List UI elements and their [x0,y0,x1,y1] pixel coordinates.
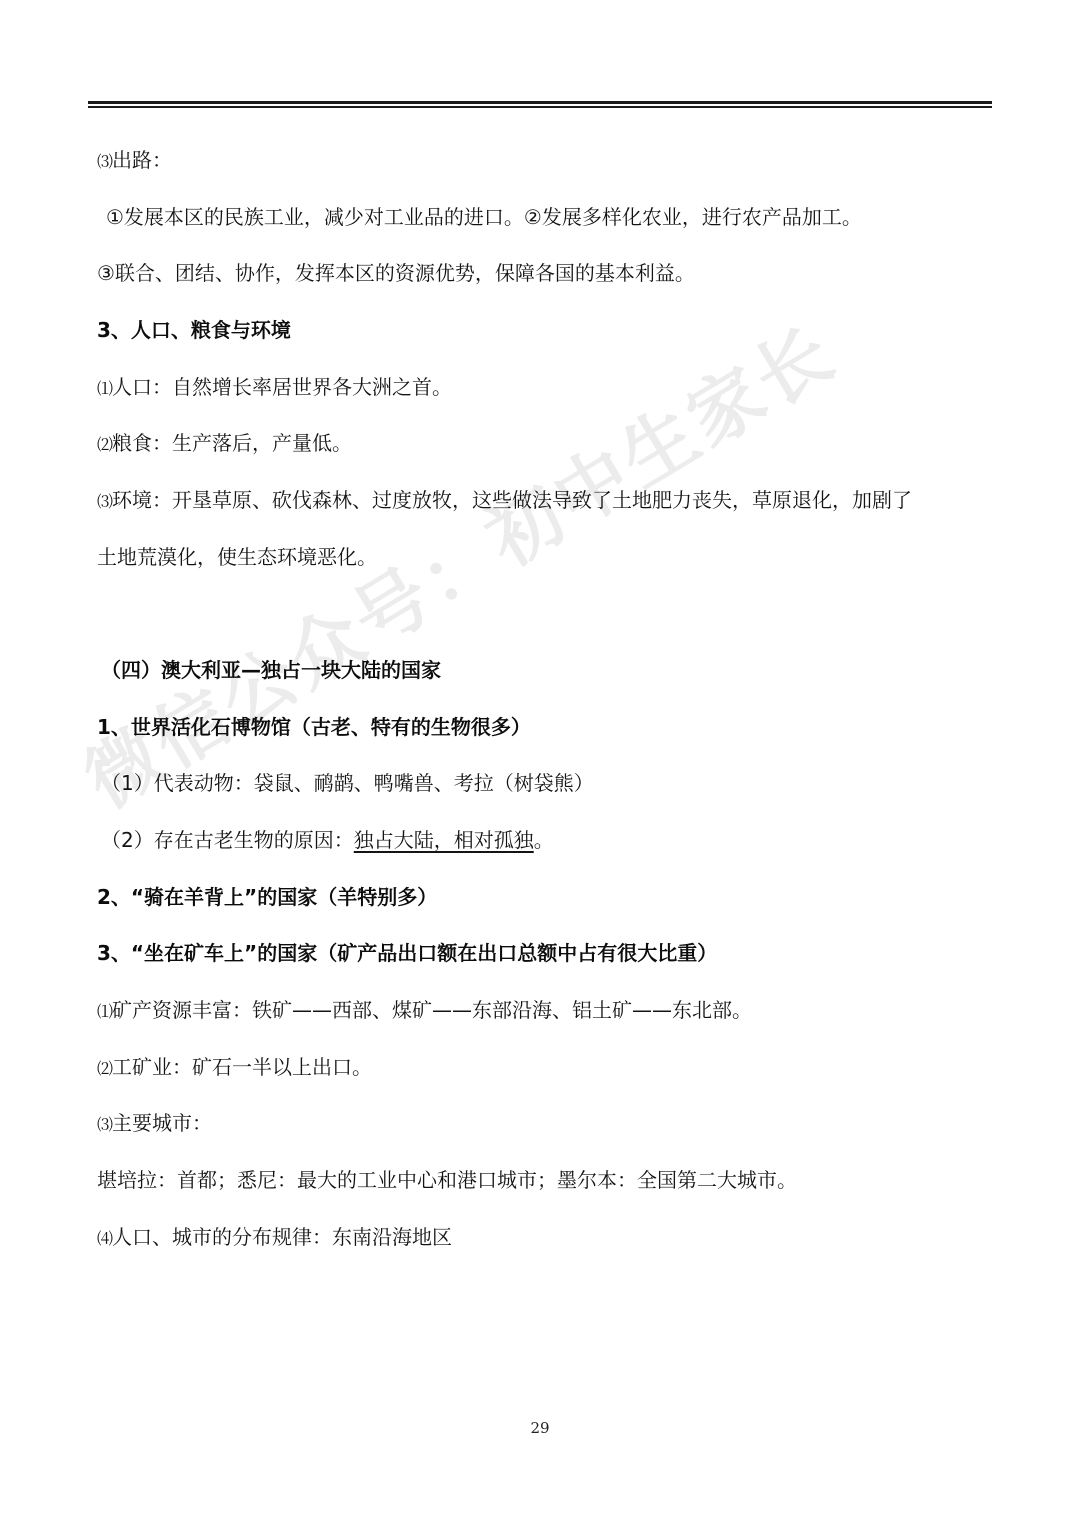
list-marker: ⑴ [97,379,112,398]
ancient-species-reason: （2）存在古老生物的原因：独占大陆，相对孤独。 [101,828,554,852]
outlet-item-1: ①发展本区的民族工业，减少对工业品的进口。②发展多样化农业，进行农产品加工。 [106,205,862,229]
major-cities-line: 堪培拉：首都；悉尼：最大的工业中心和港口城市；墨尔本：全国第二大城市。 [97,1168,797,1192]
mine-cart-country-heading: 3、“坐在矿车上”的国家（矿产品出口额在出口总额中占有很大比重） [97,941,717,965]
mineral-resources-line: ⑴矿产资源丰富：铁矿——西部、煤矿——东部沿海、铝土矿——东北部。 [97,998,752,1024]
header-rule-thin [88,106,992,108]
outlet-title: ⑶出路： [97,148,172,174]
distribution-line: ⑷人口、城市的分布规律：东南沿海地区 [97,1225,452,1251]
list-marker: ⑵ [97,435,112,454]
list-marker: ⑶ [97,152,112,171]
mining-industry-line: ⑵工矿业：矿石一半以上出口。 [97,1055,372,1081]
population-line: ⑴人口：自然增长率居世界各大洲之首。 [97,375,452,401]
page-number: 29 [0,1419,1080,1437]
header-rule [88,101,992,108]
environment-line-2: 土地荒漠化，使生态环境恶化。 [97,545,377,569]
list-marker: ⑷ [97,1229,112,1248]
outlet-item-2: ③联合、团结、协作，发挥本区的资源优势，保障各国的基本利益。 [97,261,695,285]
major-cities-title: ⑶主要城市： [97,1111,212,1137]
underlined-answer: 独占大陆，相对孤独 [354,828,534,852]
representative-animals: （1）代表动物：袋鼠、鸸鹋、鸭嘴兽、考拉（树袋熊） [101,771,594,795]
list-marker: ⑶ [97,492,112,511]
sheep-country-heading: 2、“骑在羊背上”的国家（羊特别多） [97,885,437,909]
fossil-museum-heading: 1、世界活化石博物馆（古老、特有的生物很多） [97,715,531,739]
food-line: ⑵粮食：生产落后，产量低。 [97,431,352,457]
section-heading-population-food-environment: 3、人口、粮食与环境 [97,318,291,342]
environment-line-1: ⑶环境：开垦草原、砍伐森林、过度放牧，这些做法导致了土地肥力丧失，草原退化，加剧… [97,488,912,514]
list-marker: ⑵ [97,1059,112,1078]
header-rule-thick [88,101,992,104]
australia-heading: （四）澳大利亚—独占一块大陆的国家 [101,658,441,682]
list-marker: ⑴ [97,1002,112,1021]
list-marker: ⑶ [97,1115,112,1134]
